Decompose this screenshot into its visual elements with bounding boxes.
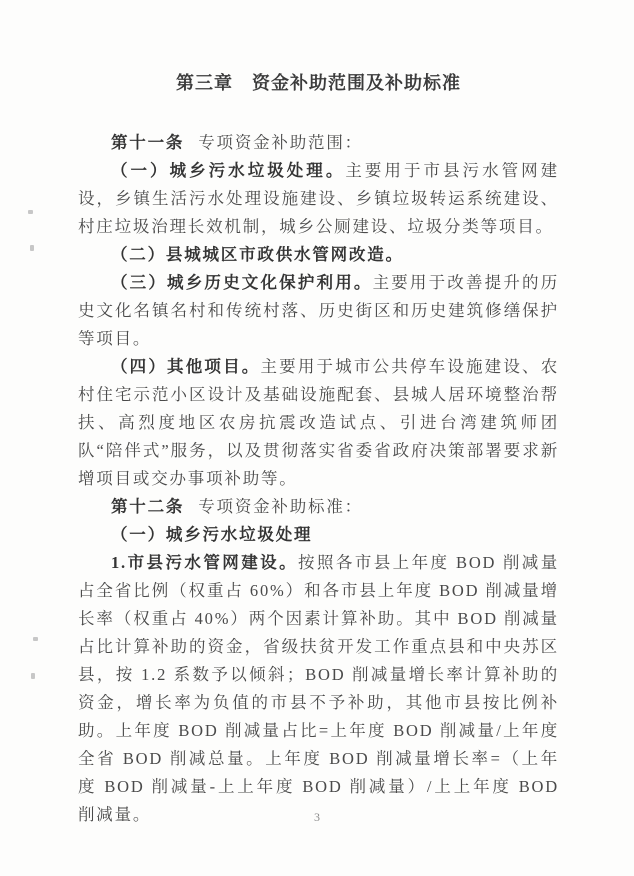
article-11-item-2: （二）县城城区市政供水管网改造。: [78, 241, 559, 269]
article-12-heading: 第十二条专项资金补助标准：: [78, 493, 559, 521]
article-11-number: 第十一条: [111, 133, 184, 152]
article-12-item-2-lead: 1.市县污水管网建设。: [111, 553, 298, 572]
article-12-item-2-body: 按照各市县上年度 BOD 削减量占全省比例（权重占 60%）和各市县上年度 BO…: [78, 553, 559, 824]
article-11-item-1: （一）城乡污水垃圾处理。主要用于市县污水管网建设，乡镇生活污水处理设施建设、乡镇…: [78, 157, 559, 241]
document-page: 第三章 资金补助范围及补助标准 第十一条专项资金补助范围： （一）城乡污水垃圾处…: [0, 0, 634, 876]
item-4-lead: （四）其他项目。: [111, 357, 260, 376]
page-number: 3: [0, 810, 634, 825]
article-11-heading: 第十一条专项资金补助范围：: [78, 129, 559, 157]
article-12-item-1-lead: （一）城乡污水垃圾处理: [111, 525, 312, 544]
article-11-item-4: （四）其他项目。主要用于城市公共停车设施建设、农村住宅示范小区设计及基础设施配套…: [78, 353, 559, 493]
item-4-body: 主要用于城市公共停车设施建设、农村住宅示范小区设计及基础设施配套、县城人居环境整…: [78, 357, 559, 488]
scan-artifact: [31, 673, 35, 679]
scan-artifact: [28, 210, 33, 214]
scan-artifact: [33, 637, 38, 641]
article-11-title: 专项资金补助范围：: [198, 133, 363, 152]
article-12-title: 专项资金补助标准：: [198, 497, 363, 516]
item-3-lead: （三）城乡历史文化保护利用。: [111, 273, 373, 292]
scan-artifact: [30, 245, 34, 251]
article-12-item-1: （一）城乡污水垃圾处理: [78, 521, 559, 549]
chapter-title: 第三章 资金补助范围及补助标准: [78, 70, 559, 96]
article-12-item-2: 1.市县污水管网建设。按照各市县上年度 BOD 削减量占全省比例（权重占 60%…: [78, 549, 559, 829]
item-2-lead: （二）县城城区市政供水管网改造。: [111, 245, 404, 264]
article-12-number: 第十二条: [111, 497, 184, 516]
document-content: 第三章 资金补助范围及补助标准 第十一条专项资金补助范围： （一）城乡污水垃圾处…: [78, 70, 559, 829]
item-1-lead: （一）城乡污水垃圾处理。: [111, 161, 345, 180]
article-11-item-3: （三）城乡历史文化保护利用。主要用于改善提升的历史文化名镇名村和传统村落、历史街…: [78, 269, 559, 353]
